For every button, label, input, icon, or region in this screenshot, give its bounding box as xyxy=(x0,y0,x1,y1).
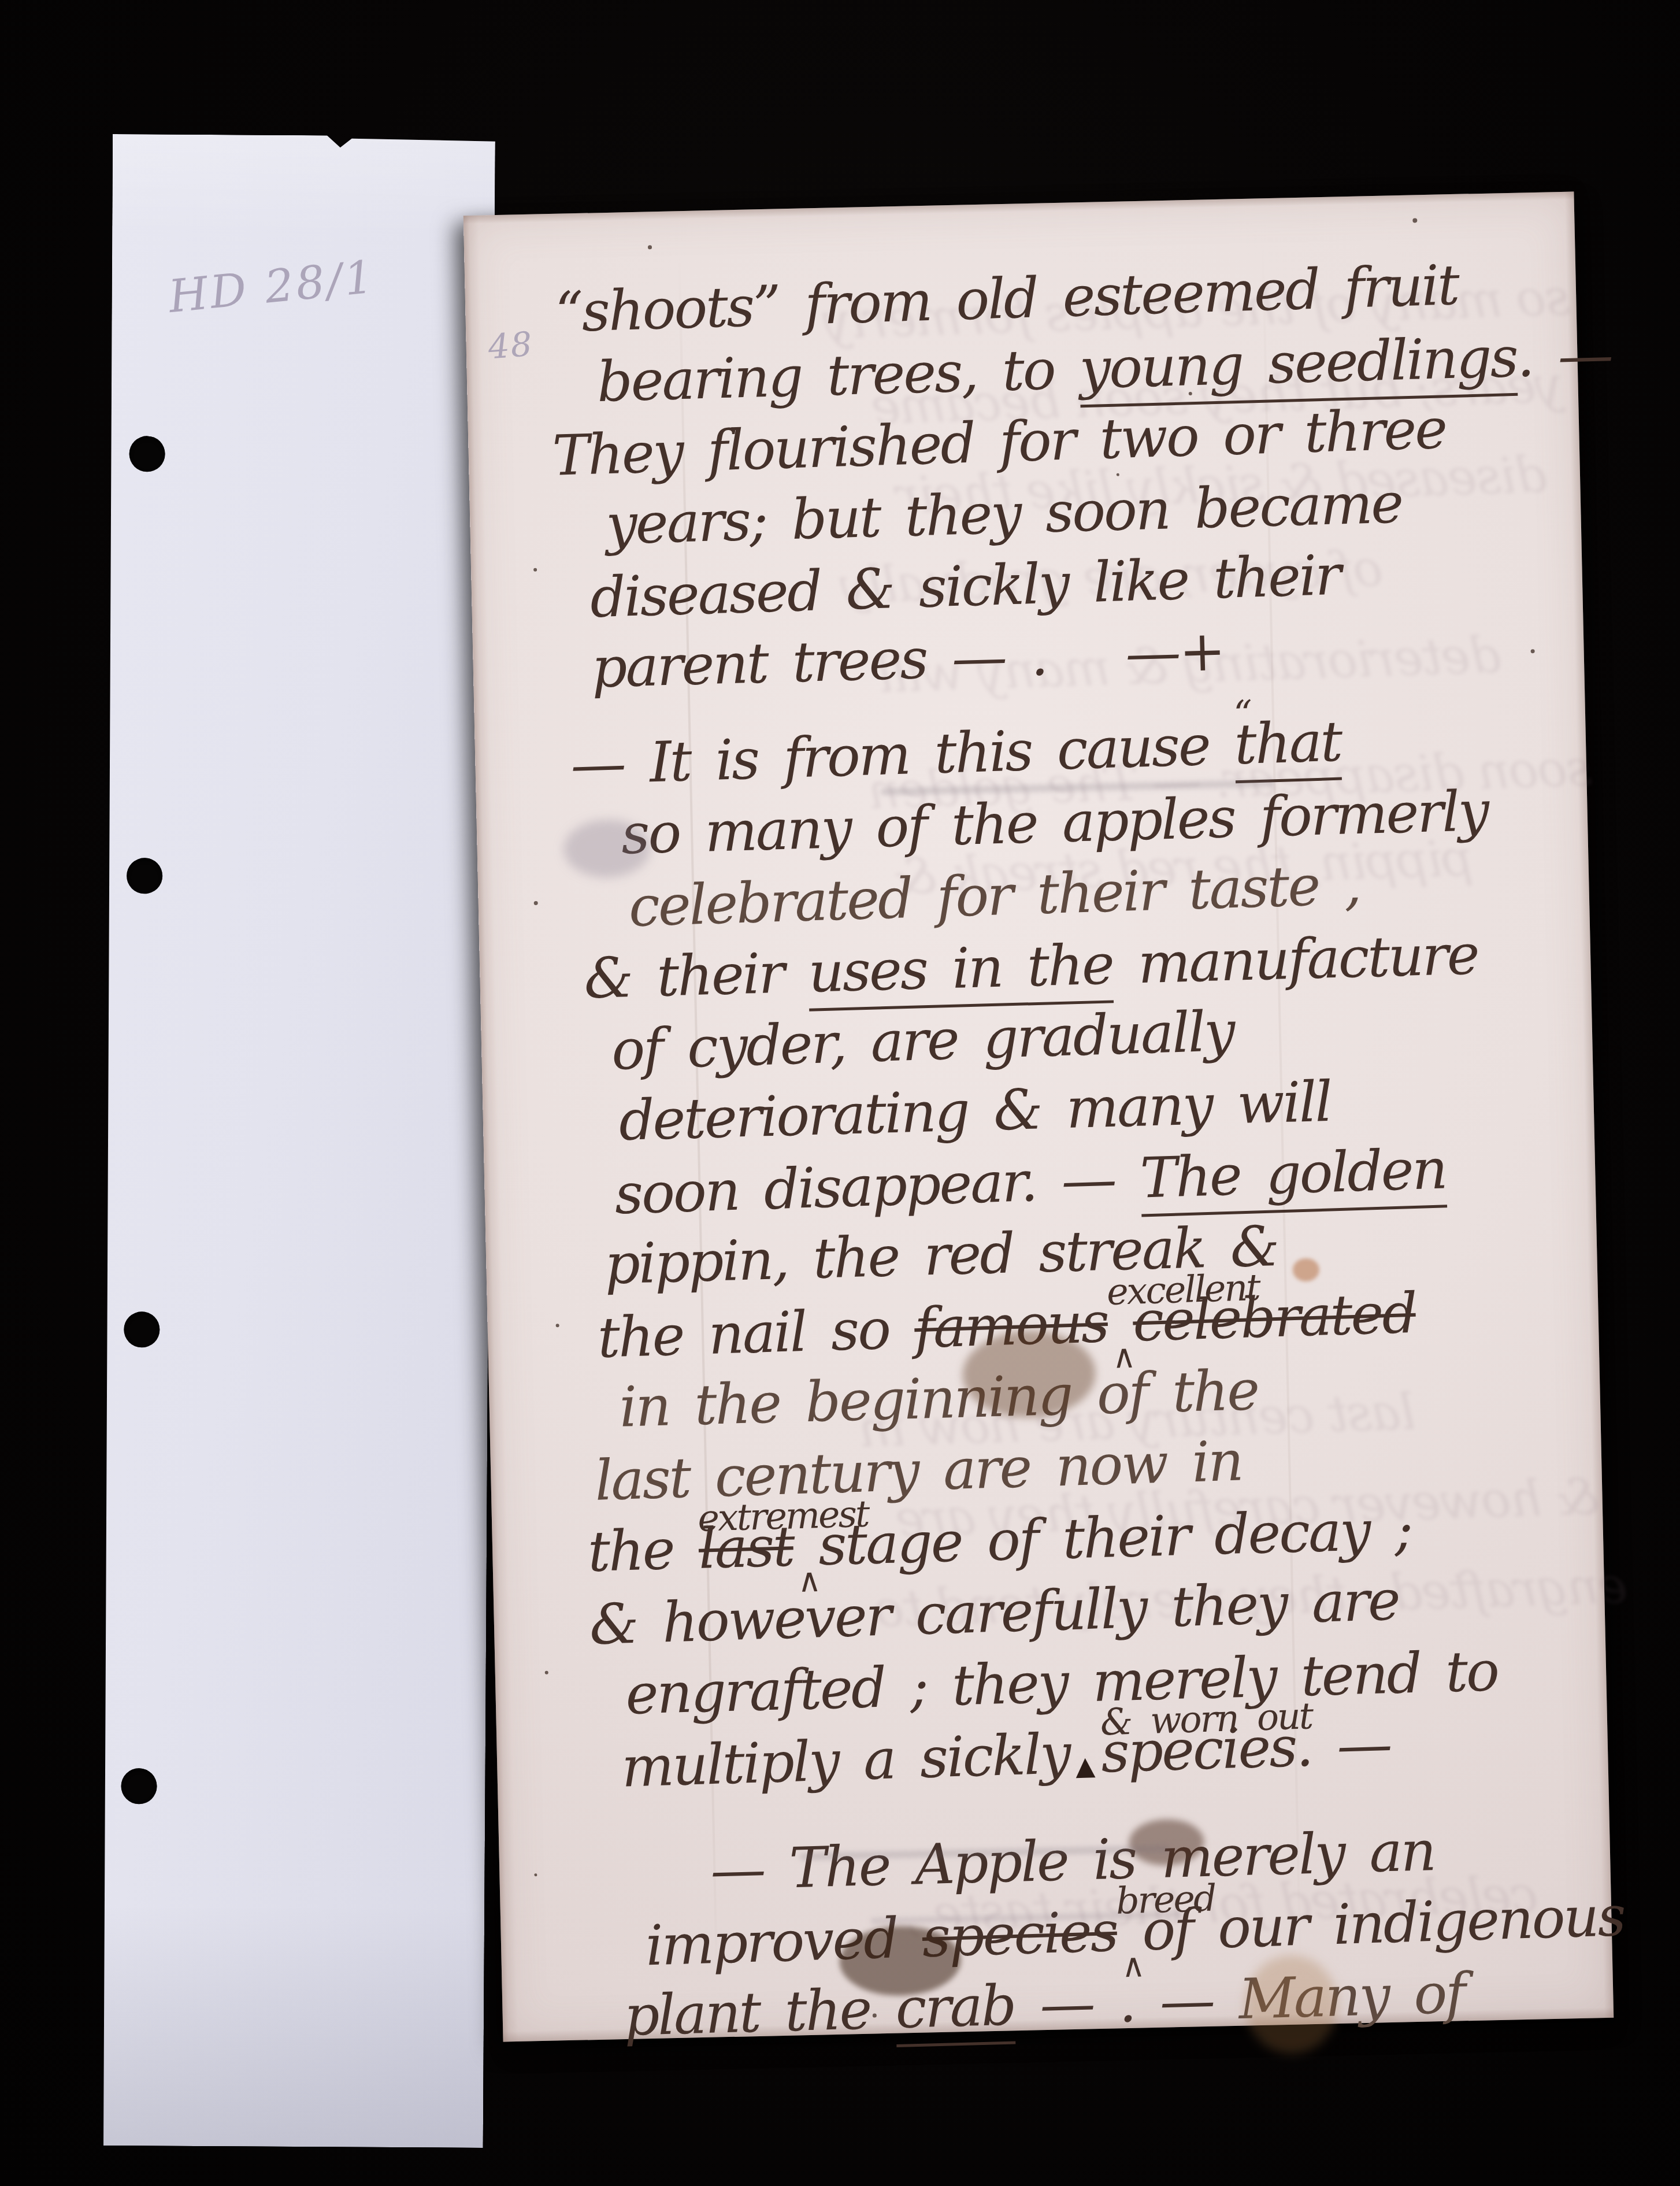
manuscript-text-segment: species xyxy=(921,1899,1118,1970)
manuscript-text-segment: — It is from this cause xyxy=(570,712,1236,797)
manuscript-line: & however carefully they are xyxy=(588,1568,1400,1658)
manuscript-text-segment: the nail so xyxy=(596,1296,915,1370)
manuscript-line: — The Apple is merely an xyxy=(710,1818,1436,1903)
ink-speck xyxy=(1189,392,1192,395)
manuscript-text-segment: — . — xyxy=(1014,1967,1239,2037)
manuscript-line: of cyder, are gradually xyxy=(611,999,1235,1083)
manuscript-text-segment: uses in the xyxy=(807,932,1114,1011)
manuscript-line: multiply a sickly▲& worn outspecies. — xyxy=(621,1711,1392,1800)
manuscript-text-segment: celebrated for their taste , xyxy=(628,852,1360,939)
manuscript-text-segment: plant the xyxy=(623,1976,896,2048)
manuscript-text-segment: parent trees — . —+ xyxy=(591,618,1225,701)
manuscript-text-segment: soon disappear. — xyxy=(614,1146,1141,1227)
ink-speck xyxy=(1117,473,1119,476)
punch-hole xyxy=(124,1311,160,1347)
punch-hole xyxy=(121,1768,157,1804)
manuscript-text-segment: young seedlings xyxy=(1078,325,1518,407)
manuscript-text-segment: the xyxy=(587,1517,700,1584)
manuscript-text-segment: manufacture xyxy=(1112,922,1479,996)
punch-hole xyxy=(127,858,162,894)
manuscript-text-segment: last century are now in xyxy=(594,1429,1243,1513)
manuscript-text-segment: crab xyxy=(895,1973,1016,2048)
manuscript-text-segment: deteriorating & many will xyxy=(618,1069,1332,1153)
manuscript-text-segment: multiply a sickly xyxy=(621,1721,1070,1800)
manuscript-text-segment: of cyder, are gradually xyxy=(611,999,1235,1083)
manuscript-line: last century are now in xyxy=(594,1429,1243,1513)
strip-reference-label: HD 28/1 xyxy=(166,251,378,323)
ink-speck xyxy=(556,1324,559,1327)
manuscript-line: deteriorating & many will xyxy=(618,1069,1332,1153)
manuscript-line: the nail so famousexcellent∧ celebrated xyxy=(596,1281,1416,1370)
manuscript-text-segment: & their xyxy=(583,940,809,1011)
ink-speck xyxy=(545,1671,548,1674)
archive-photo: HD 28/1 so many of the apples formerlyye… xyxy=(0,0,1680,2186)
manuscript-text-segment: famous xyxy=(914,1290,1109,1361)
manuscript-text-segment: The golden xyxy=(1139,1136,1447,1217)
manuscript-line: soon disappear. — The golden xyxy=(614,1136,1447,1227)
manuscript-line: — It is from this cause “that xyxy=(570,709,1342,798)
manuscript-text-segment: improved xyxy=(644,1905,923,1978)
manuscript-line: celebrated for their taste , xyxy=(628,852,1360,939)
manuscript-text-segment: & however carefully they are xyxy=(588,1568,1400,1658)
manuscript-line: diseased & sickly like their xyxy=(589,543,1341,631)
manuscript-line: parent trees — . —+ xyxy=(591,618,1225,701)
manuscript-text: “shoots” from old esteemed fruitbearing … xyxy=(463,191,1614,2041)
manuscript-page: so many of the apples formerlyyears; but… xyxy=(463,191,1614,2041)
manuscript-text-segment: ▲ xyxy=(1075,1751,1094,1781)
manuscript-text-segment: in the beginning of the xyxy=(618,1358,1259,1440)
manuscript-text-segment: — The Apple is merely an xyxy=(710,1818,1436,1903)
punch-hole xyxy=(129,436,165,472)
ink-speck xyxy=(534,901,538,905)
manuscript-text-segment: stage of their decay ; xyxy=(792,1497,1412,1579)
manuscript-text-segment: bearing trees, to xyxy=(596,336,1081,414)
manuscript-line: in the beginning of the xyxy=(618,1358,1259,1440)
ink-speck xyxy=(534,1873,537,1876)
manuscript-text-segment: . — xyxy=(1516,322,1612,389)
manuscript-text-segment: Many of xyxy=(1238,1961,1465,2032)
ink-speck xyxy=(873,2013,877,2017)
manuscript-text-segment: diseased & sickly like their xyxy=(589,543,1341,631)
ink-speck xyxy=(533,568,537,572)
archive-strip: HD 28/1 xyxy=(101,134,495,2148)
